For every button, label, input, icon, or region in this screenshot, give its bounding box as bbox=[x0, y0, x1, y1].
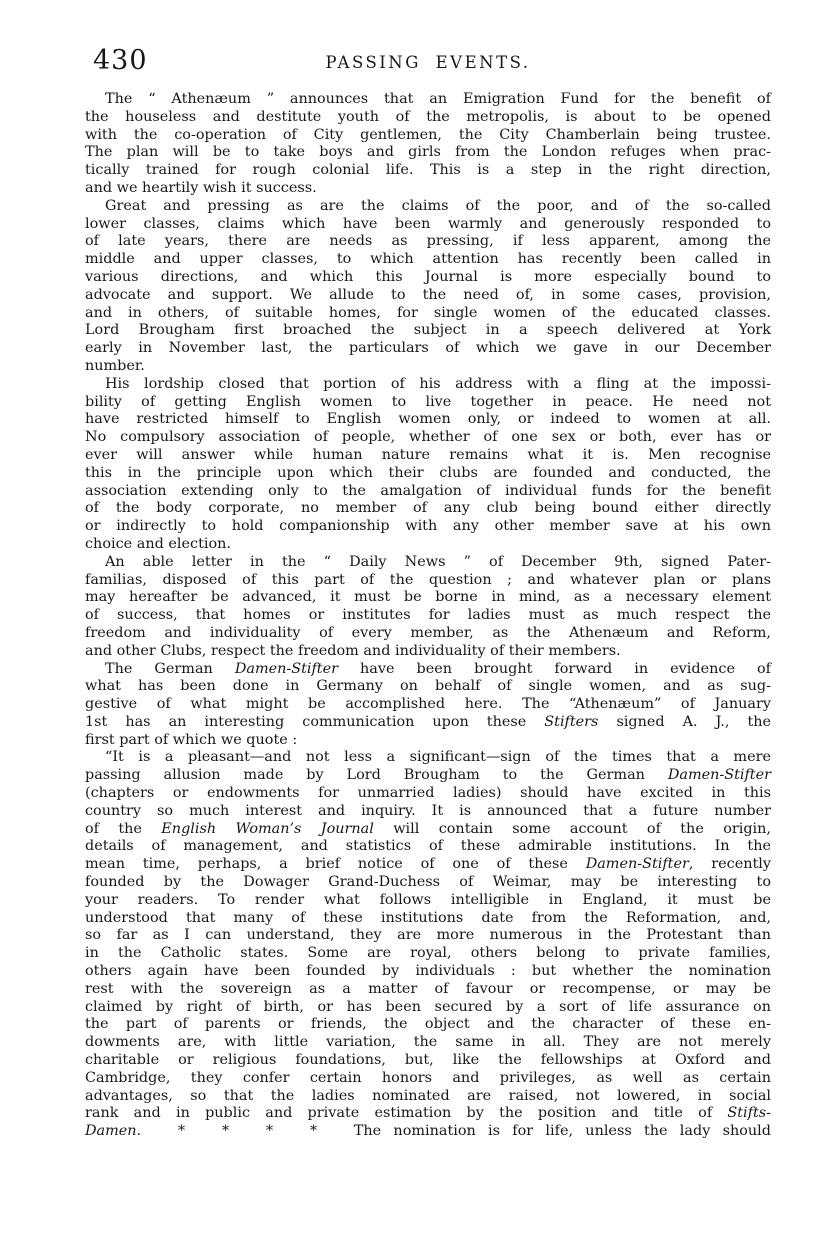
text-line: (chapters or endowments for unmarried la… bbox=[85, 785, 771, 803]
text-line: gestive of what might be accomplished he… bbox=[85, 696, 771, 714]
text-line: your readers. To render what follows int… bbox=[85, 892, 771, 910]
paragraph: The German Damen-Stifter have been broug… bbox=[85, 661, 771, 750]
text-line: advantages, so that the ladies nominated… bbox=[85, 1088, 771, 1106]
text-line: “It is a pleasant—and not less a signifi… bbox=[85, 749, 771, 767]
text-line: No compulsory association of people, whe… bbox=[85, 429, 771, 447]
text-line: advocate and support. We allude to the n… bbox=[85, 287, 771, 305]
text-line: claimed by right of birth, or has been s… bbox=[85, 999, 771, 1017]
running-title: PASSING EVENTS. bbox=[85, 55, 771, 72]
page-header: 430 PASSING EVENTS. bbox=[85, 44, 771, 74]
text-line: of late years, there are needs as pressi… bbox=[85, 233, 771, 251]
text-line: of the English Woman’s Journal will cont… bbox=[85, 821, 771, 839]
text-line: Cambridge, they confer certain honors an… bbox=[85, 1070, 771, 1088]
text-line: rest with the sovereign as a matter of f… bbox=[85, 981, 771, 999]
text-line: choice and election. bbox=[85, 536, 771, 554]
italic-text: Damen-Stifter bbox=[235, 661, 338, 677]
text-line: what has been done in Germany on behalf … bbox=[85, 678, 771, 696]
italic-text: Damen. bbox=[85, 1123, 141, 1139]
text-line: so far as I can understand, they are mor… bbox=[85, 927, 771, 945]
paragraph: His lordship closed that portion of his … bbox=[85, 376, 771, 554]
text-line: this in the principle upon which their c… bbox=[85, 465, 771, 483]
italic-text: Stifters bbox=[544, 714, 598, 730]
italic-text: English Woman’s Journal bbox=[161, 821, 374, 837]
scanned-page: 430 PASSING EVENTS. The “ Athenæum ” ann… bbox=[0, 0, 817, 1240]
text-line: lower classes, claims which have been wa… bbox=[85, 216, 771, 234]
text-line: bility of getting English women to live … bbox=[85, 394, 771, 412]
text-line: dowments are, with little variation, the… bbox=[85, 1034, 771, 1052]
text-line: middle and upper classes, to which atten… bbox=[85, 251, 771, 269]
text-line: various directions, and which this Journ… bbox=[85, 269, 771, 287]
text-line: in the Catholic states. Some are royal, … bbox=[85, 945, 771, 963]
text-line: country so much interest and inquiry. It… bbox=[85, 803, 771, 821]
text-line: familias, disposed of this part of the q… bbox=[85, 572, 771, 590]
text-line: tically trained for rough colonial life.… bbox=[85, 162, 771, 180]
text-line: The “ Athenæum ” announces that an Emigr… bbox=[85, 91, 771, 109]
paragraph: “It is a pleasant—and not less a signifi… bbox=[85, 749, 771, 1141]
text-line: early in November last, the particulars … bbox=[85, 340, 771, 358]
text-line: An able letter in the “ Daily News ” of … bbox=[85, 554, 771, 572]
text-line: have restricted himself to English women… bbox=[85, 411, 771, 429]
text-line: The German Damen-Stifter have been broug… bbox=[85, 661, 771, 679]
text-line: may hereafter be advanced, it must be bo… bbox=[85, 589, 771, 607]
text-line: and other Clubs, respect the freedom and… bbox=[85, 643, 771, 661]
text-line: ever will answer while human nature rema… bbox=[85, 447, 771, 465]
text-line: of success, that homes or institutes for… bbox=[85, 607, 771, 625]
text-line: number. bbox=[85, 358, 771, 376]
text-line: The plan will be to take boys and girls … bbox=[85, 144, 771, 162]
text-line: first part of which we quote : bbox=[85, 732, 771, 750]
text-line: of the body corporate, no member of any … bbox=[85, 500, 771, 518]
text-line: and we heartily wish it success. bbox=[85, 180, 771, 198]
text-line: His lordship closed that portion of his … bbox=[85, 376, 771, 394]
text-line: details of management, and statistics of… bbox=[85, 838, 771, 856]
paragraph: The “ Athenæum ” announces that an Emigr… bbox=[85, 91, 771, 198]
text-line: and in others, of suitable homes, for si… bbox=[85, 305, 771, 323]
text-line: or indirectly to hold companionship with… bbox=[85, 518, 771, 536]
article-body: The “ Athenæum ” announces that an Emigr… bbox=[85, 91, 771, 1141]
text-line: with the co-operation of City gentlemen,… bbox=[85, 127, 771, 145]
text-line: 1st has an interesting communication upo… bbox=[85, 714, 771, 732]
text-line: the houseless and destitute youth of the… bbox=[85, 109, 771, 127]
text-line: rank and in public and private estimatio… bbox=[85, 1105, 771, 1123]
paragraph: An able letter in the “ Daily News ” of … bbox=[85, 554, 771, 661]
text-line: understood that many of these institutio… bbox=[85, 910, 771, 928]
italic-text: Damen-Stifter bbox=[586, 856, 689, 872]
text-line: others again have been founded by indivi… bbox=[85, 963, 771, 981]
text-line: founded by the Dowager Grand-Duchess of … bbox=[85, 874, 771, 892]
text-line: passing allusion made by Lord Brougham t… bbox=[85, 767, 771, 785]
paragraph: Great and pressing as are the claims of … bbox=[85, 198, 771, 376]
text-line: mean time, perhaps, a brief notice of on… bbox=[85, 856, 771, 874]
text-line: Damen. * * * * The nomination is for lif… bbox=[85, 1123, 771, 1141]
text-line: the part of parents or friends, the obje… bbox=[85, 1016, 771, 1034]
text-line: charitable or religious foundations, but… bbox=[85, 1052, 771, 1070]
text-line: freedom and individuality of every membe… bbox=[85, 625, 771, 643]
text-line: Lord Brougham first broached the subject… bbox=[85, 322, 771, 340]
italic-text: Stifts- bbox=[727, 1105, 771, 1121]
italic-text: Damen-Stifter bbox=[668, 767, 771, 783]
text-line: association extending only to the amalga… bbox=[85, 483, 771, 501]
text-line: Great and pressing as are the claims of … bbox=[85, 198, 771, 216]
